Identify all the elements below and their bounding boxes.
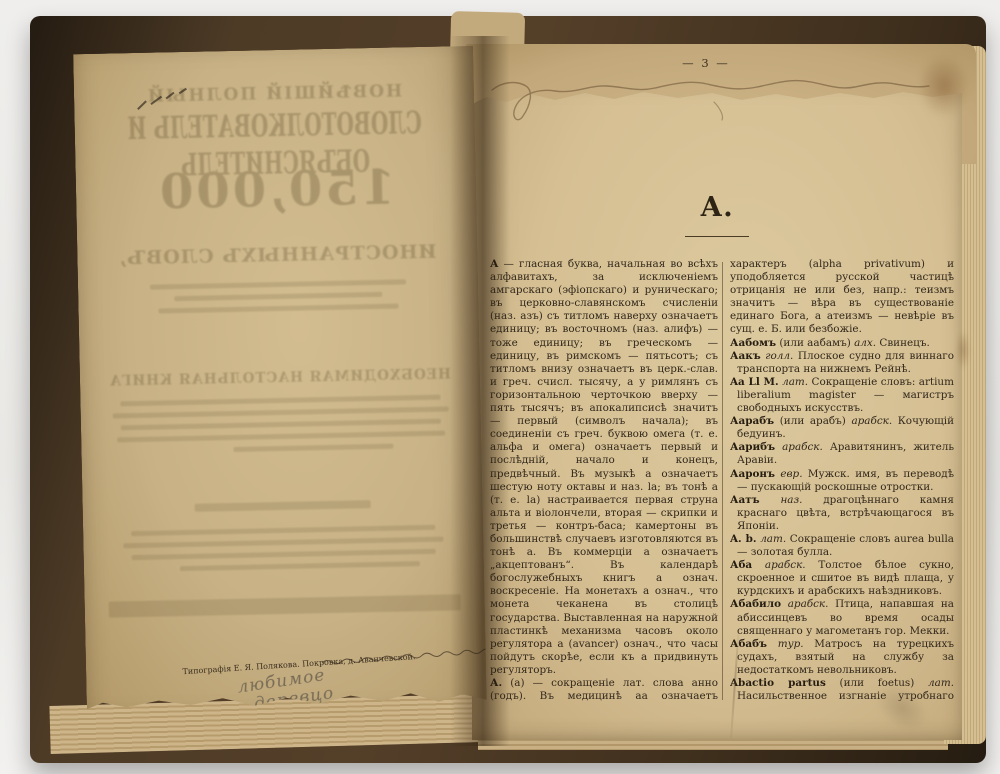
language-label: арабск. [851,415,892,427]
section-heading: А. [472,192,962,223]
foxing-stain [956,330,970,370]
headword: Аба [730,559,752,571]
language-label: арабск. [788,598,829,610]
bleed-text-bar [132,549,436,560]
bleed-count: 150,000 [75,158,476,222]
language-label: лат. [760,533,786,545]
dictionary-entry: Абабило арабск. Птица, напавшая на абисс… [730,598,954,637]
language-label: лат. [928,677,954,689]
headword: Аакъ [730,350,761,362]
column-divider-rule [722,262,723,700]
headword: Абабило [730,598,781,610]
bleed-text-bar [121,419,441,431]
left-text-column: А — гласная буква, начальная во всѣхъ ал… [490,258,718,704]
language-label: алх. [854,337,876,349]
right-page: А. А — гласная буква, начальная во всѣхъ… [472,88,962,740]
left-page: НОВѢЙШІЙ ПОЛНЫЙ СЛОВОТОЛКОВАТЕЛЬ И ОБЪЯС… [73,46,487,714]
dictionary-entry: Аакъ голл. Плоское судно для виннаго тра… [730,350,954,376]
bleed-text-bar [131,525,435,536]
bleed-text-bar [117,431,445,443]
page-number: — 3 — [671,56,741,70]
bleed-text-bar [174,292,382,301]
continuation-paragraph: характеръ (alpha privativum) и уподобляе… [730,258,954,337]
headword: Аабомъ [730,337,776,349]
dictionary-entry: Аарибъ арабск. Аравитянинъ, житель Араві… [730,441,954,467]
bleed-text-bar [120,395,440,407]
headword: А [490,258,498,270]
headword: Abactio partus [730,677,826,689]
headword: A. b. [730,533,757,545]
right-text-column: характеръ (alpha privativum) и уподобляе… [730,258,954,704]
language-label: арабск. [765,559,806,571]
bleed-text-bar [150,279,406,289]
bleed-text-bar [113,406,449,418]
foxing-stain [918,54,970,118]
headword: Аарабъ [730,415,774,427]
headword: Аатъ [730,494,760,506]
dictionary-paragraph: А. (a) — сокращеніе лат. слова анно (год… [490,677,718,704]
language-label: наз. [780,494,802,506]
headword: А. [490,677,502,689]
language-label: голл. [765,350,793,362]
language-label: лат. [782,376,808,388]
bleed-subtitle: ИНОСТРАННЫХЪ СЛОВЪ, [77,240,477,270]
bleed-text-bar [123,537,443,549]
dictionary-entry: Аарабъ (или арабъ) арабск. Кочующій беду… [730,415,954,441]
language-label: тур. [778,638,804,650]
bleed-tagline: НЕОБХОДИМАЯ НАСТОЛЬНАЯ КНИГА [80,366,480,390]
heading-rule [685,236,749,237]
bleed-banner-bar [109,594,461,617]
dictionary-entry: Абабъ тур. Матросъ на турецкихъ судахъ, … [730,638,954,677]
bleed-text-bar [180,561,420,571]
dictionary-entry: Aa Ll M. лат. Сокращеніе словъ: artium l… [730,376,954,415]
dictionary-entry: Аатъ наз. драгоцѣннаго камня краснаго цв… [730,494,954,533]
dictionary-entry: A. b. лат. Сокращеніе словъ aurea bulla … [730,533,954,559]
bleed-text-bar [195,500,371,512]
dictionary-paragraph: А — гласная буква, начальная во всѣхъ ал… [490,258,718,677]
bleed-text-bar [158,304,398,314]
headword: Aa Ll M. [730,376,779,388]
headword: Ааронъ [730,468,775,480]
title-page-bleedthrough: НОВѢЙШІЙ ПОЛНЫЙ СЛОВОТОЛКОВАТЕЛЬ И ОБЪЯС… [73,46,487,714]
dictionary-entry: Ааронъ евр. Мужск. имя, въ переводѣ — пу… [730,468,954,494]
dictionary-entry: Аабомъ (или аабамъ) алх. Свинецъ. [730,337,954,350]
headword: Аарибъ [730,441,775,453]
language-label: евр. [780,468,802,480]
language-label: арабск. [782,441,823,453]
dictionary-entry: Аба арабск. Толстое бѣлое сукно, скроенн… [730,559,954,598]
book-photo: — 3 — А. А — гласная буква, начальная во… [0,0,1000,774]
bleed-text-bar [233,444,393,452]
